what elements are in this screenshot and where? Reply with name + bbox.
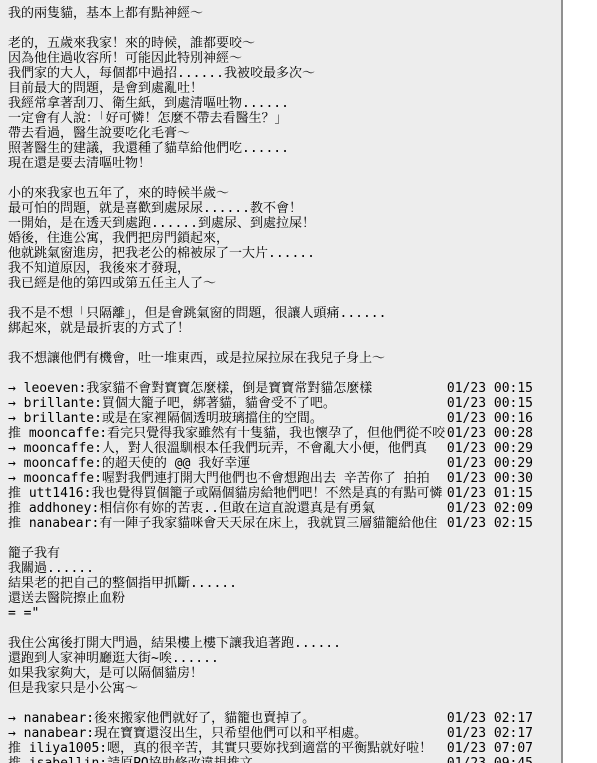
comment-user: brillante bbox=[24, 411, 94, 426]
post-line: 我已經是他的第四或第五任主人了～ bbox=[8, 276, 533, 291]
post-line: 我不知道原因，我後來才發現， bbox=[8, 261, 533, 276]
comment-user: nanabear bbox=[24, 711, 87, 726]
post-line: 老的，五歲來我家！來的時候，誰都要咬～ bbox=[8, 36, 533, 51]
comment-user: mooncaffe bbox=[29, 426, 99, 441]
comment-mark: 推 bbox=[8, 501, 29, 516]
comment-time: 01/23 07:07 bbox=[447, 741, 533, 756]
blank-line bbox=[8, 291, 533, 306]
comment-mark: → bbox=[8, 456, 24, 471]
comment-mark: → bbox=[8, 381, 24, 396]
comment-row: 推 utt1416:我也覺得買個籠子或隔個貓房給牠們吧！不然是真的有點可憐01/… bbox=[8, 486, 533, 501]
comment-time: 01/23 02:09 bbox=[447, 501, 533, 516]
comment-row: → nanabear:現在寶寶還沒出生，只希望他們可以和平相處。01/23 02… bbox=[8, 726, 533, 741]
comment-mark: → bbox=[8, 396, 24, 411]
comment-time: 01/23 00:29 bbox=[447, 456, 533, 471]
comment-row: 推 iliya1005:嗯，真的很辛苦，其實只要妳找到適當的平衡點就好啦！01/… bbox=[8, 741, 533, 756]
comment-text: :請原PO協助修改違規推文 bbox=[99, 756, 252, 763]
post-line: 我們家的大人，每個都中過招......我被咬最多次～ bbox=[8, 66, 533, 81]
comment-text: :嗯，真的很辛苦，其實只要妳找到適當的平衡點就好啦！ bbox=[99, 741, 432, 756]
post-line: 一定會有人說：「好可憐！怎麼不帶去看醫生？」 bbox=[8, 111, 533, 126]
page-background: 我的兩隻貓，基本上都有點神經～ 老的，五歲來我家！來的時候，誰都要咬～因為他住過… bbox=[0, 0, 597, 763]
blank-line bbox=[8, 171, 533, 186]
comment-mark: 推 bbox=[8, 756, 29, 763]
comment-user: nanabear bbox=[24, 726, 87, 741]
comment-time: 01/23 00:29 bbox=[447, 441, 533, 456]
post-line: 目前最大的問題，是會到處亂吐！ bbox=[8, 81, 533, 96]
comment-row: 推 isabellin:請原PO協助修改違規推文01/23 09:45 bbox=[8, 756, 533, 763]
comment-text: :喔對我們連打開大門他們也不會想跑出去 辛苦你了 拍拍 bbox=[94, 471, 429, 486]
post-line: 我住公寓後打開大門過，結果樓上樓下讓我追著跑...... bbox=[8, 636, 533, 651]
comment-time: 01/23 02:17 bbox=[447, 711, 533, 726]
post-line: 我不是不想「只隔離」，但是會跳氣窗的問題，很讓人頭痛...... bbox=[8, 306, 533, 321]
comment-text: :我家貓不會對寶寶怎麼樣，倒是寶寶常對貓怎麼樣 bbox=[78, 381, 372, 396]
comment-text: :後來搬家他們就好了，貓籠也賣掉了。 bbox=[86, 711, 315, 726]
comment-text: :我也覺得買個籠子或隔個貓房給牠們吧！不然是真的有點可憐 bbox=[84, 486, 443, 501]
comment-row: → mooncaffe:喔對我們連打開大門他們也不會想跑出去 辛苦你了 拍拍01… bbox=[8, 471, 533, 486]
comment-text: :或是在家裡隔個透明玻璃擋住的空間。 bbox=[94, 411, 323, 426]
comment-user: mooncaffe bbox=[24, 456, 94, 471]
comment-mark: → bbox=[8, 441, 24, 456]
comment-text: :人，對人很溫馴根本任我們玩弄，不會亂大小便，他們真 bbox=[94, 441, 427, 456]
comment-text: :有一陣子我家貓咪會天天尿在床上，我就買三層貓籠給他住 bbox=[91, 516, 437, 531]
comment-time: 01/23 01:15 bbox=[447, 486, 533, 501]
post-line: 結果老的把自己的整個指甲抓斷...... bbox=[8, 576, 533, 591]
comment-time: 01/23 00:15 bbox=[447, 381, 533, 396]
post-line: 帶去看過，醫生說要吃化毛膏～ bbox=[8, 126, 533, 141]
comment-user: nanabear bbox=[29, 516, 92, 531]
comment-user: addhoney bbox=[29, 501, 92, 516]
comment-mark: 推 bbox=[8, 741, 29, 756]
comment-time: 01/23 02:17 bbox=[447, 726, 533, 741]
post-line: 一開始，是在透天到處跑......到處尿、到處拉屎！ bbox=[8, 216, 533, 231]
comment-time: 01/23 00:28 bbox=[447, 426, 533, 441]
blank-line bbox=[8, 531, 533, 546]
post-line: 還送去醫院擦止血粉 bbox=[8, 591, 533, 606]
comment-mark: 推 bbox=[8, 426, 29, 441]
blank-line bbox=[8, 336, 533, 351]
comment-mark: 推 bbox=[8, 516, 29, 531]
comment-mark: → bbox=[8, 471, 24, 486]
comment-user: mooncaffe bbox=[24, 471, 94, 486]
comment-mark: 推 bbox=[8, 486, 29, 501]
blank-line bbox=[8, 21, 533, 36]
comment-row: → nanabear:後來搬家他們就好了，貓籠也賣掉了。01/23 02:17 bbox=[8, 711, 533, 726]
comment-row: → leoeven:我家貓不會對寶寶怎麼樣，倒是寶寶常對貓怎麼樣01/23 00… bbox=[8, 381, 533, 396]
comment-user: leoeven bbox=[24, 381, 79, 396]
comment-row: → brillante:買個大籠子吧，綁著貓，貓會受不了吧。01/23 00:1… bbox=[8, 396, 533, 411]
post-line: 但是我家只是小公寓～ bbox=[8, 681, 533, 696]
comment-mark: → bbox=[8, 411, 24, 426]
comment-user: brillante bbox=[24, 396, 94, 411]
comment-text: :看完只覺得我家雖然有十隻貓，我也懷孕了，但他們從不咬 bbox=[99, 426, 445, 441]
post-line: 他就跳氣窗進房，把我老公的棉被尿了一大片...... bbox=[8, 246, 533, 261]
comment-text: :的超天使的 @@ 我好幸運 bbox=[94, 456, 250, 471]
comment-user: utt1416 bbox=[29, 486, 84, 501]
post-line: 如果我家夠大，是可以隔個貓房！ bbox=[8, 666, 533, 681]
comment-time: 01/23 02:15 bbox=[447, 516, 533, 531]
post-line: 照著醫生的建議，我還種了貓草給他們吃...... bbox=[8, 141, 533, 156]
comment-user: iliya1005 bbox=[29, 741, 99, 756]
comment-mark: → bbox=[8, 711, 24, 726]
comment-row: 推 nanabear:有一陣子我家貓咪會天天尿在床上，我就買三層貓籠給他住01/… bbox=[8, 516, 533, 531]
post-line: 我不想讓他們有機會，吐一堆東西，或是拉屎拉尿在我兒子身上～ bbox=[8, 351, 533, 366]
post-area: 我的兩隻貓，基本上都有點神經～ 老的，五歲來我家！來的時候，誰都要咬～因為他住過… bbox=[0, 0, 563, 763]
comment-text: :買個大籠子吧，綁著貓，貓會受不了吧。 bbox=[94, 396, 336, 411]
blank-line bbox=[8, 366, 533, 381]
post-line: 我經常拿著刮刀、衛生紙，到處清嘔吐物...... bbox=[8, 96, 533, 111]
comment-row: → brillante:或是在家裡隔個透明玻璃擋住的空間。01/23 00:16 bbox=[8, 411, 533, 426]
post-line: 綁起來，就是最折衷的方式了！ bbox=[8, 321, 533, 336]
post-line: 籠子我有 bbox=[8, 546, 533, 561]
post-line: 婚後，住進公寓，我們把房門鎖起來， bbox=[8, 231, 533, 246]
blank-line bbox=[8, 621, 533, 636]
comment-time: 01/23 00:15 bbox=[447, 396, 533, 411]
comment-user: mooncaffe bbox=[24, 441, 94, 456]
post-line: 我的兩隻貓，基本上都有點神經～ bbox=[8, 6, 533, 21]
post-line: = =" bbox=[8, 606, 533, 621]
post-line: 還跑到人家神明廳逛大街~唉...... bbox=[8, 651, 533, 666]
comment-row: → mooncaffe:人，對人很溫馴根本任我們玩弄，不會亂大小便，他們真01/… bbox=[8, 441, 533, 456]
post-line: 最可怕的問題，就是喜歡到處尿尿......教不會！ bbox=[8, 201, 533, 216]
post-line: 我關過...... bbox=[8, 561, 533, 576]
comment-user: isabellin bbox=[29, 756, 99, 763]
blank-line bbox=[8, 696, 533, 711]
comment-text: :現在寶寶還沒出生，只希望他們可以和平相處。 bbox=[86, 726, 367, 741]
comment-text: :相信你有妳的苦衷..但敢在這直說還真是有勇氣 bbox=[91, 501, 374, 516]
comment-time: 01/23 00:16 bbox=[447, 411, 533, 426]
comment-time: 01/23 09:45 bbox=[447, 756, 533, 763]
comment-row: 推 mooncaffe:看完只覺得我家雖然有十隻貓，我也懷孕了，但他們從不咬01… bbox=[8, 426, 533, 441]
comment-row: 推 addhoney:相信你有妳的苦衷..但敢在這直說還真是有勇氣01/23 0… bbox=[8, 501, 533, 516]
comment-mark: → bbox=[8, 726, 24, 741]
comment-time: 01/23 00:30 bbox=[447, 471, 533, 486]
post-line: 現在還是要去清嘔吐物！ bbox=[8, 156, 533, 171]
post-line: 小的來我家也五年了，來的時候半歲～ bbox=[8, 186, 533, 201]
comment-row: → mooncaffe:的超天使的 @@ 我好幸運01/23 00:29 bbox=[8, 456, 533, 471]
post-line: 因為他住過收容所！可能因此特別神經～ bbox=[8, 51, 533, 66]
